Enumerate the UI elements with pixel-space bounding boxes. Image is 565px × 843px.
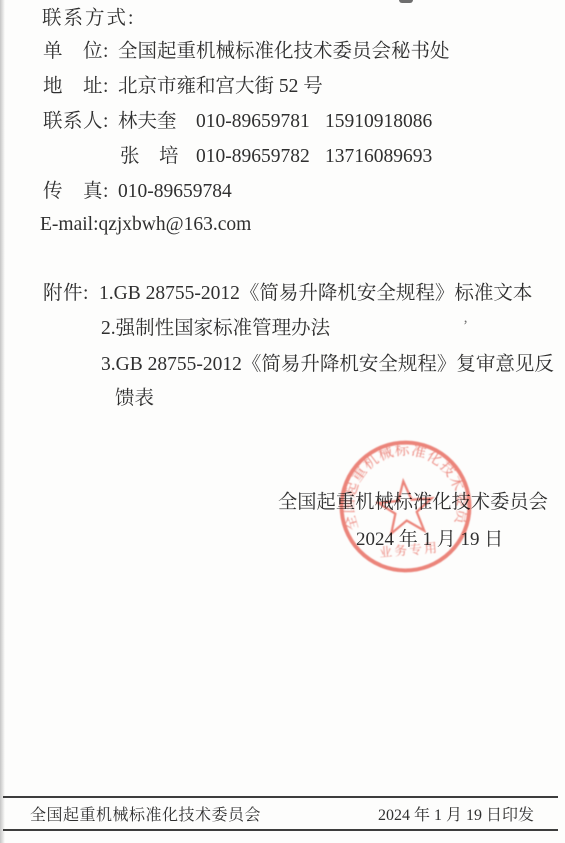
footer-print-date: 2024 年 1 月 19 日印发 [378, 806, 534, 826]
footer-issuer: 全国起重机械标准化技术委员会 [30, 806, 261, 826]
contact-person1-name: 林夫奎 [118, 111, 177, 133]
address-label: 地 址: [43, 76, 109, 98]
contact-person1-mobile: 15910918086 [325, 111, 432, 133]
seal-bottom-text: 业务专用 [379, 540, 440, 560]
official-seal: 全国起重机械标准化技术委员会 业务专用 [329, 430, 482, 583]
attachment-item-3-continued: 馈表 [115, 388, 154, 410]
unit-label: 单 位: [43, 41, 109, 63]
seal-ring-text: 全国起重机械标准化技术委员会 [329, 430, 472, 539]
contact-heading: 联系方式: [42, 8, 135, 30]
contact-person-label: 联系人: [43, 111, 109, 133]
attachment-item-1: 1.GB 28755-2012《简易升降机安全规程》标准文本 [99, 283, 532, 305]
attachments-label: 附件: [43, 283, 89, 305]
contact-person2-phone: 010-89659782 [196, 146, 310, 168]
attachment-item-2: 2.强制性国家标准管理办法 [101, 318, 330, 340]
attachment-item-3: 3.GB 28755-2012《简易升降机安全规程》复审意见反 [101, 354, 554, 376]
fax-label: 传 真: [43, 181, 109, 203]
email-line: E-mail:qzjxbwh@163.com [40, 214, 251, 236]
scan-edge-shadow [0, 0, 5, 843]
stray-ink-mark: ’ [463, 318, 468, 335]
contact-person1-phone: 010-89659781 [196, 111, 310, 133]
contact-person2-name: 张 培 [120, 146, 179, 168]
seal-star-icon [377, 479, 435, 535]
scan-top-artifact [399, 0, 413, 3]
footer-rule-bottom [3, 829, 558, 831]
contact-person2-mobile: 13716089693 [325, 146, 432, 168]
unit-value: 全国起重机械标准化技术委员会秘书处 [118, 41, 450, 63]
address-value: 北京市雍和宫大街 52 号 [118, 76, 323, 98]
fax-value: 010-89659784 [118, 181, 232, 203]
document-page: 联系方式: 单 位: 全国起重机械标准化技术委员会秘书处 地 址: 北京市雍和宫… [0, 0, 565, 843]
footer-rule-top [3, 796, 558, 798]
